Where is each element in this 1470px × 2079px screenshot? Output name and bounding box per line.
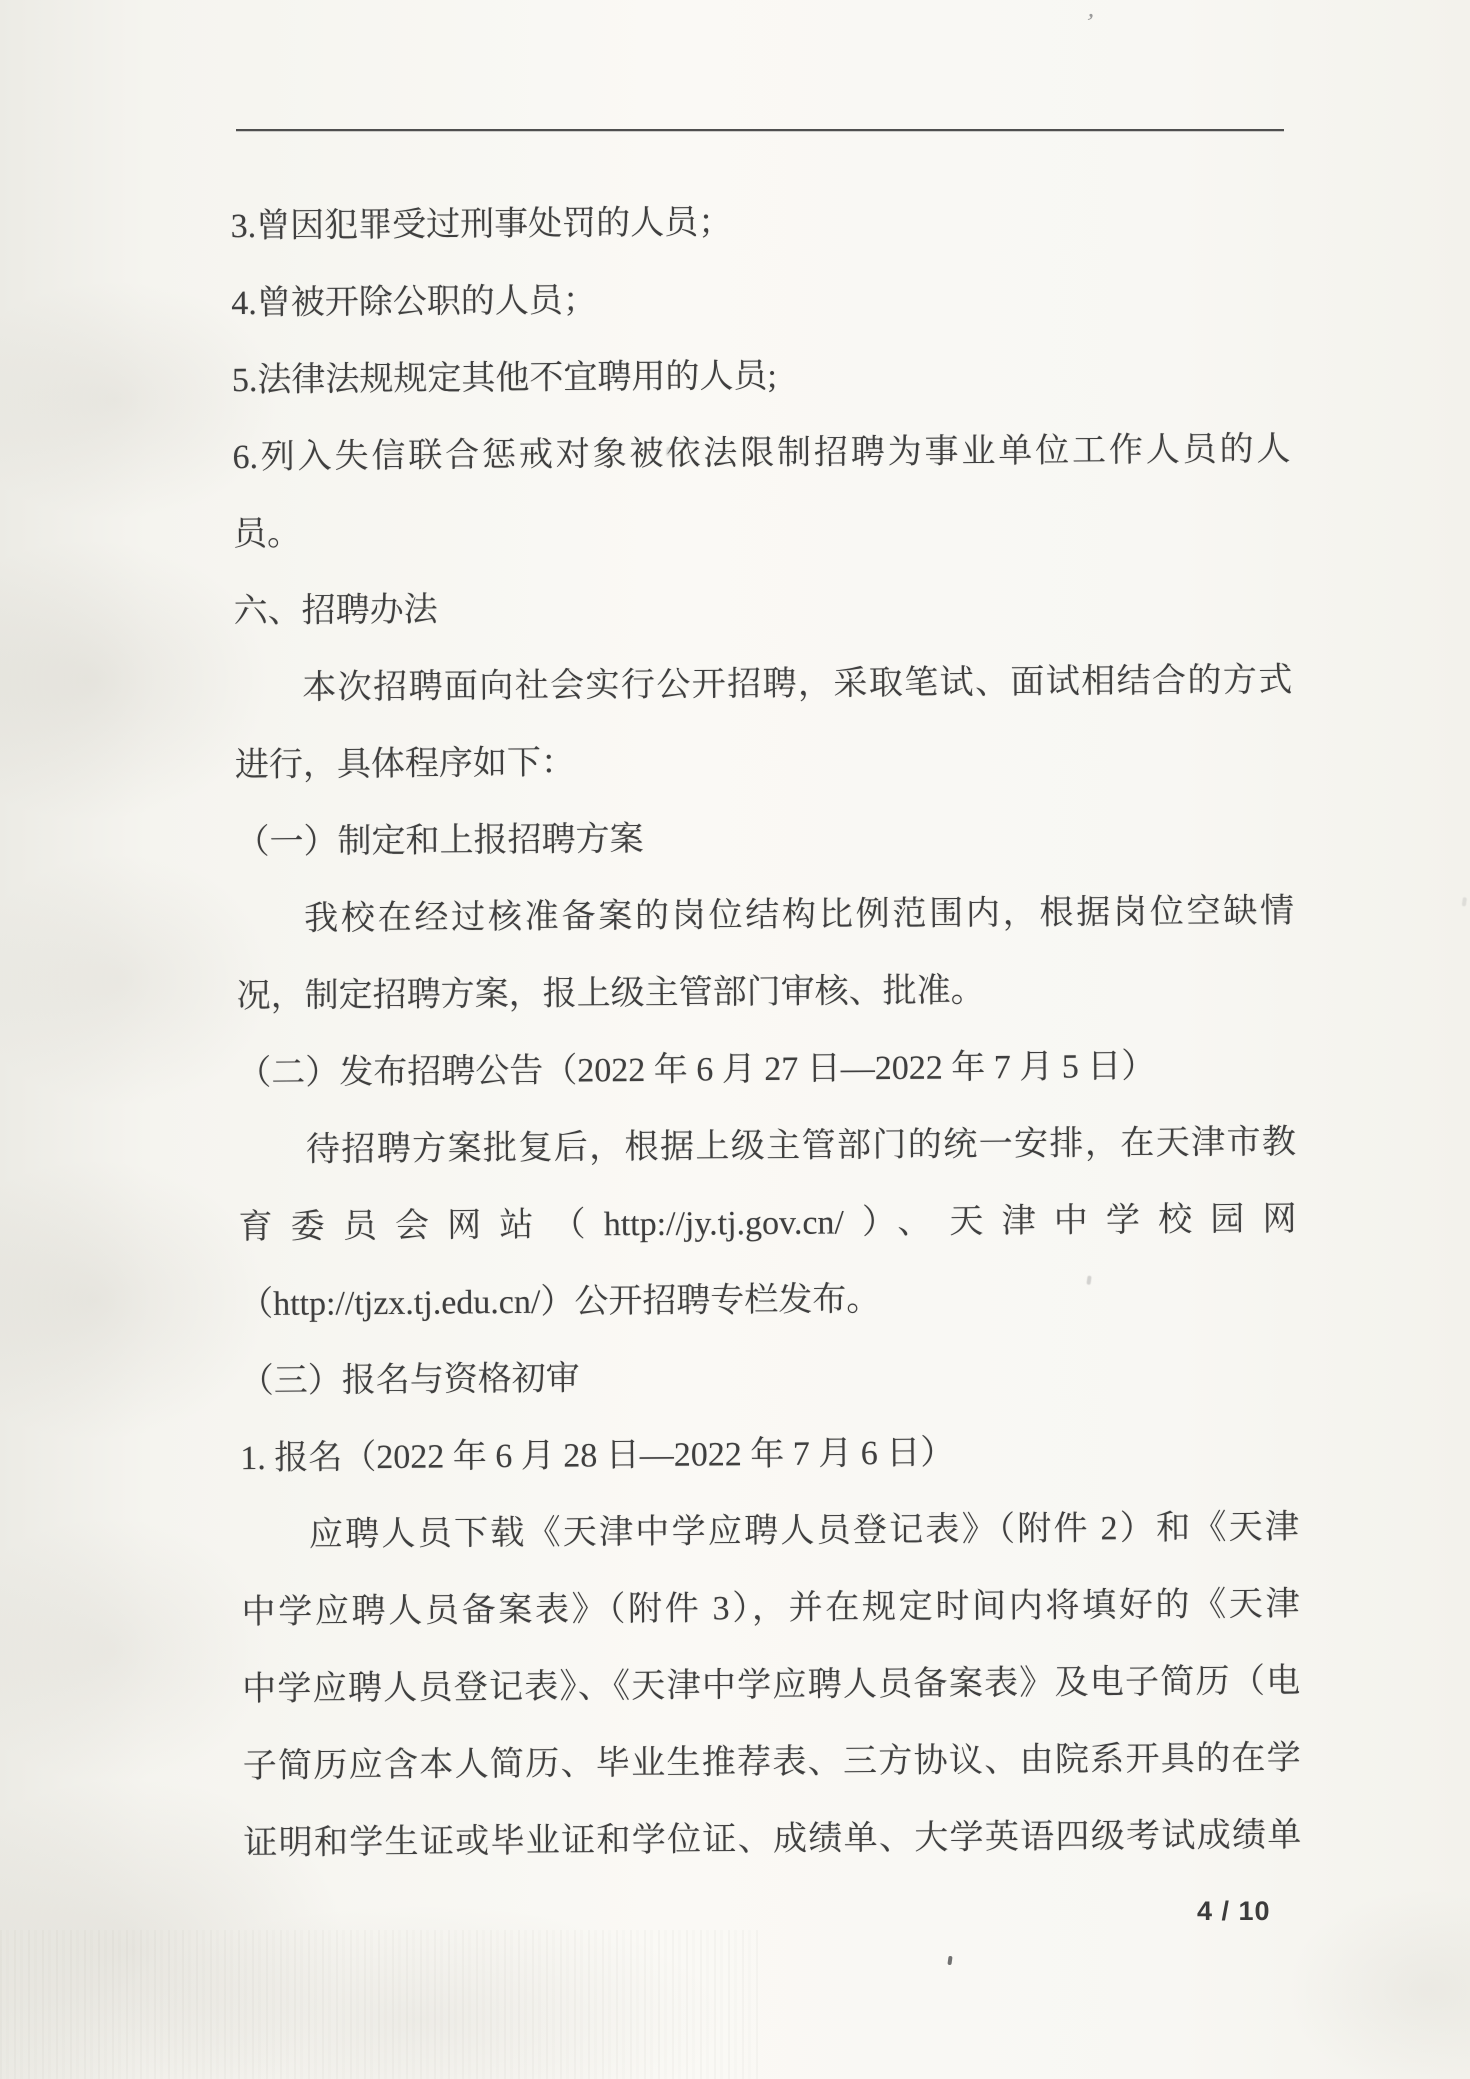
text-line: （http://tjzx.tj.edu.cn/）公开招聘专栏发布。 bbox=[239, 1258, 1298, 1343]
text-line: 中学应聘人员备案表》（附件 3），并在规定时间内将填好的《天津 bbox=[241, 1566, 1300, 1651]
text-line: 5.法律法规规定其他不宜聘用的人员; bbox=[232, 334, 1291, 419]
scan-speck bbox=[947, 1956, 952, 1965]
text-line: 育委员会网站（http://jy.tj.gov.cn/）、天津中学校园网 bbox=[238, 1181, 1297, 1266]
scan-page: { "page": { "number_label": "4 / 10", "s… bbox=[0, 0, 1470, 2079]
scanner-streaks bbox=[0, 1930, 760, 2079]
text-line: 应聘人员下载《天津中学应聘人员登记表》（附件 2）和《天津 bbox=[241, 1489, 1300, 1574]
text-line: 六、招聘办法 bbox=[233, 565, 1292, 650]
stray-ink-mark: ’ bbox=[1082, 7, 1097, 38]
text-line: 子简历应含本人简历、毕业生推荐表、三方协议、由院系开具的在学 bbox=[242, 1720, 1301, 1805]
text-line: （三）报名与资格初审 bbox=[239, 1335, 1298, 1420]
text-line: 6.列入失信联合惩戒对象被依法限制招聘为事业单位工作人员的人 bbox=[232, 411, 1291, 496]
text-line: （二）发布招聘公告（2022 年 6 月 27 日—2022 年 7 月 5 日… bbox=[237, 1027, 1296, 1112]
text-line: （一）制定和上报招聘方案 bbox=[235, 796, 1294, 881]
text-line: 员。 bbox=[233, 488, 1292, 573]
text-line: 4.曾被开除公职的人员； bbox=[231, 257, 1290, 342]
text-line: 中学应聘人员登记表》、《天津中学应聘人员备案表》及电子简历（电 bbox=[242, 1643, 1301, 1728]
text-line: 况，制定招聘方案，报上级主管部门审核、批准。 bbox=[236, 950, 1295, 1035]
page-number: 4 / 10 bbox=[1197, 1896, 1271, 1927]
text-line: 我校在经过核准备案的岗位结构比例范围内，根据岗位空缺情 bbox=[236, 873, 1295, 958]
text-line: 1. 报名（2022 年 6 月 28 日—2022 年 7 月 6 日） bbox=[240, 1412, 1299, 1497]
top-divider-rule bbox=[236, 129, 1284, 131]
text-line: 本次招聘面向社会实行公开招聘，采取笔试、面试相结合的方式 bbox=[234, 642, 1293, 727]
text-line: 待招聘方案批复后，根据上级主管部门的统一安排，在天津市教 bbox=[238, 1104, 1297, 1189]
text-line: 3.曾因犯罪受过刑事处罚的人员； bbox=[230, 180, 1289, 265]
document-text-block: 3.曾因犯罪受过刑事处罚的人员；4.曾被开除公职的人员；5.法律法规规定其他不宜… bbox=[230, 180, 1301, 1882]
text-line: 证明和学生证或毕业证和学位证、成绩单、大学英语四级考试成绩单 bbox=[243, 1797, 1302, 1882]
text-line: 进行，具体程序如下： bbox=[235, 719, 1294, 804]
